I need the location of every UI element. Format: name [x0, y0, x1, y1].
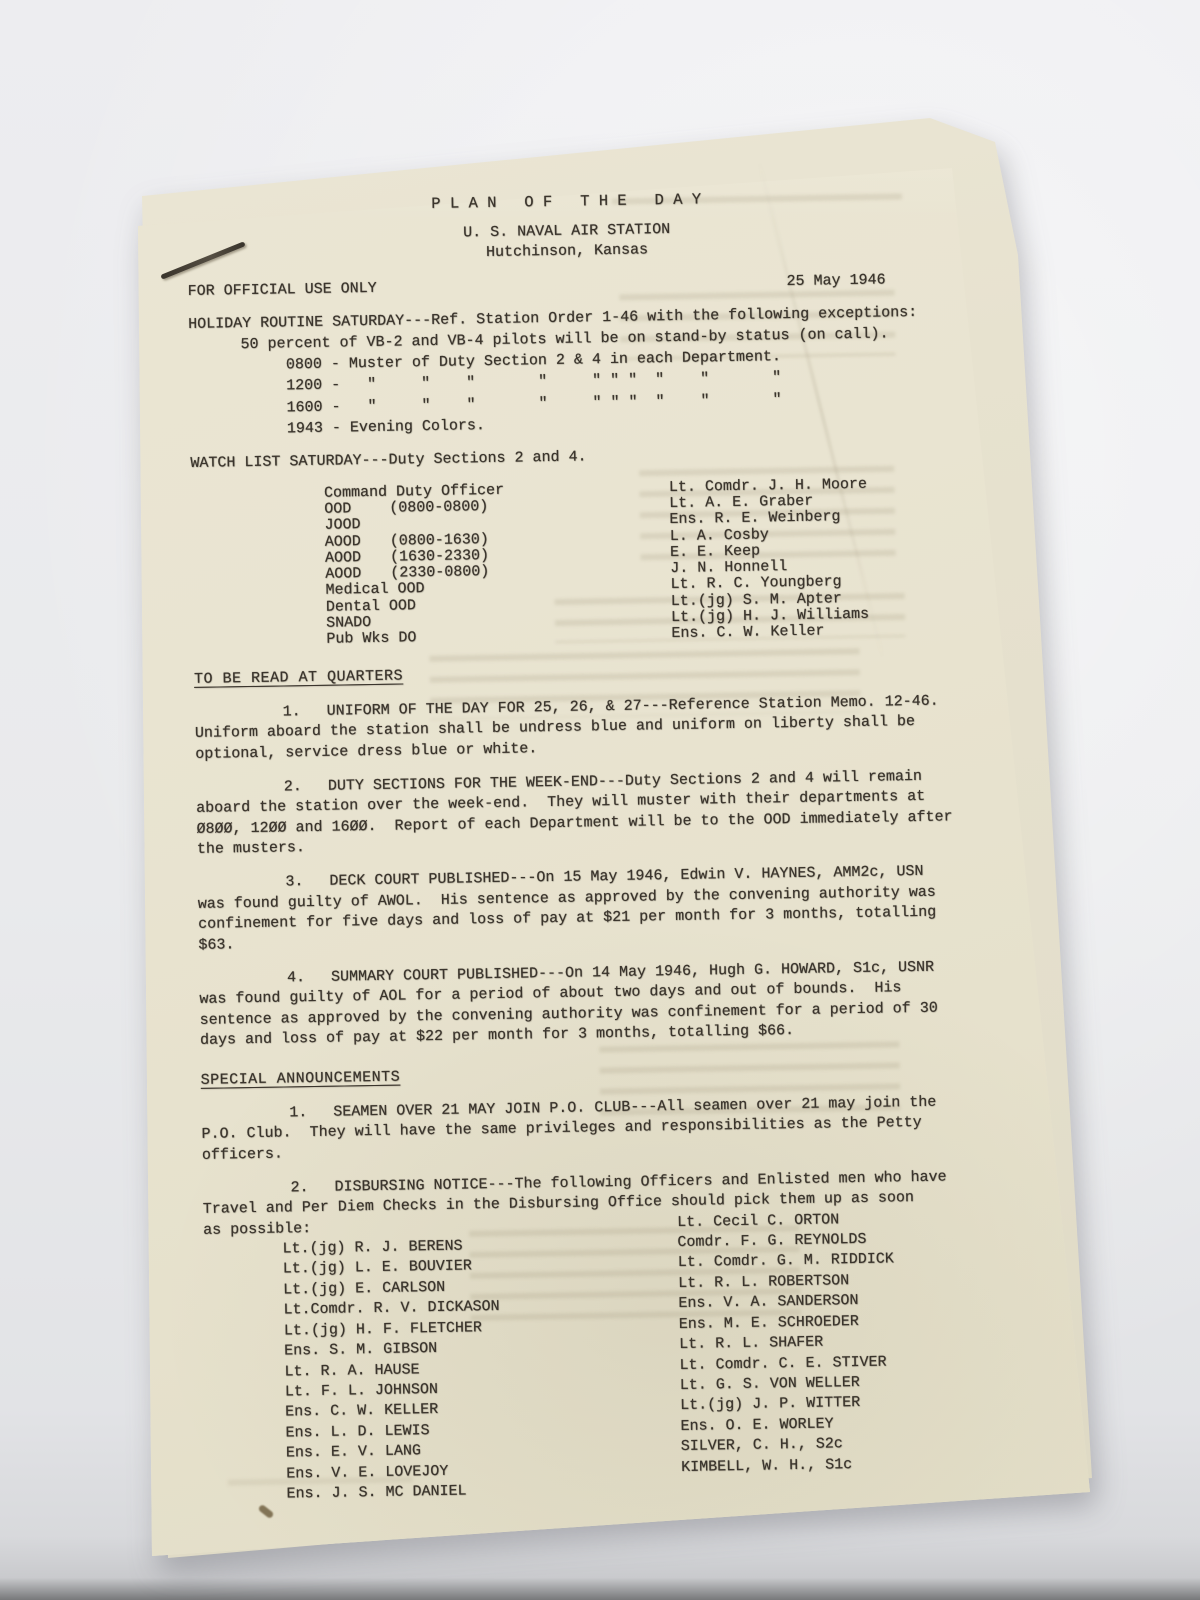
watch-role: Dental OOD	[326, 598, 391, 615]
quarters-item: 3.DECK COURT PUBLISHED---On 15 May 1946,…	[197, 861, 958, 956]
item-text: SEAMEN OVER 21 MAY JOIN P.O. CLUB---All …	[201, 1093, 945, 1163]
special-items: 1.SEAMEN OVER 21 MAY JOIN P.O. CLUB---Al…	[201, 1092, 963, 1221]
item-number: 3.	[285, 873, 303, 890]
item-text: SUMMARY COURT PUBLISHED---On 14 May 1946…	[199, 958, 947, 1049]
classification-row: FOR OFFICIAL USE ONLY 25 May 1946	[187, 269, 947, 302]
watch-list-heading: WATCH LIST SATURDAY---Duty Sections 2 an…	[190, 442, 950, 475]
item-number: 4.	[287, 969, 305, 986]
special-item: 1.SEAMEN OVER 21 MAY JOIN P.O. CLUB---Al…	[201, 1092, 962, 1166]
disbursing-name-columns: as possible: Lt.(jg) R. J. BERENS Lt.(jg…	[203, 1208, 968, 1506]
watch-role: Command Duty Officer	[324, 484, 389, 501]
item-number: 1.	[289, 1104, 307, 1121]
quarters-section-heading: TO BE READ AT QUARTERS	[194, 657, 954, 690]
watch-officer-name: Ens. C. W. Keller	[671, 622, 953, 643]
holiday-routine-section: HOLIDAY ROUTINE SATURDAY---Ref. Station …	[188, 302, 950, 441]
quarters-item: 2.DUTY SECTIONS FOR THE WEEK-END---Duty …	[196, 766, 957, 861]
item-text: DUTY SECTIONS FOR THE WEEK-END---Duty Se…	[196, 767, 962, 858]
names-left-list: Lt.(jg) R. J. BERENS Lt.(jg) L. E. BOUVI…	[282, 1233, 681, 1505]
quarters-items: 1.UNIFORM OF THE DAY FOR 25, 26, & 27---…	[194, 691, 960, 1052]
quarters-item: 1.UNIFORM OF THE DAY FOR 25, 26, & 27---…	[194, 691, 955, 765]
watch-role: AOOD	[325, 550, 390, 567]
watch-list: Command Duty Officer Lt. Comdr. J. H. Mo…	[324, 475, 954, 648]
item-number: 2.	[284, 778, 302, 795]
classification-label: FOR OFFICIAL USE ONLY	[187, 278, 376, 302]
document-date: 25 May 1946	[786, 270, 885, 292]
watch-time	[391, 626, 671, 647]
holiday-schedule: 0800 - Muster of Duty Section 2 & 4 in e…	[286, 343, 950, 439]
names-left-column: as possible: Lt.(jg) R. J. BERENS Lt.(jg…	[203, 1213, 682, 1507]
watch-role: Pub Wks DO	[326, 631, 391, 648]
document-content: P L A N O F T H E D A Y U. S. NAVAL AIR …	[186, 179, 968, 1506]
officer-name: KIMBELL, W. H., S1c	[681, 1453, 967, 1478]
quarters-item: 4.SUMMARY COURT PUBLISHED---On 14 May 19…	[199, 957, 960, 1052]
names-right-column: Lt. Cecil C. ORTON Comdr. F. G. REYNOLDS…	[677, 1208, 968, 1498]
special-section-heading: SPECIAL ANNOUNCEMENTS	[201, 1058, 961, 1091]
photo-scene: P L A N O F T H E D A Y U. S. NAVAL AIR …	[0, 0, 1200, 1600]
item-text: DECK COURT PUBLISHED---On 15 May 1946, E…	[198, 863, 946, 954]
names-right-list: Lt. Cecil C. ORTON Comdr. F. G. REYNOLDS…	[677, 1208, 967, 1478]
watch-role: OOD	[324, 501, 389, 518]
item-number: 2.	[290, 1179, 308, 1196]
page-title: P L A N O F T H E D A Y	[186, 185, 946, 218]
item-number: 1.	[282, 703, 300, 720]
watch-role: JOOD	[324, 517, 389, 534]
watch-role: AOOD	[325, 533, 390, 550]
item-text: UNIFORM OF THE DAY FOR 25, 26, & 27---Re…	[195, 692, 948, 762]
